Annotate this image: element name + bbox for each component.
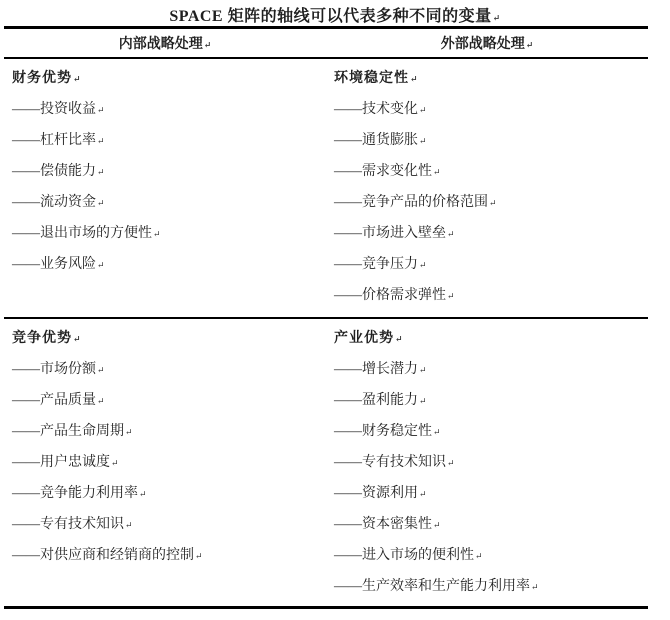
paragraph-return-icon: ↵	[433, 167, 441, 177]
list-item: ——竞争能力利用率↵	[12, 478, 326, 509]
list-item-text: ——增长潜力	[334, 362, 418, 377]
paragraph-return-icon: ↵	[419, 260, 427, 270]
paragraph-return-icon: ↵	[97, 167, 105, 177]
list-item: ——需求变化性↵	[334, 156, 648, 187]
paragraph-return-icon: ↵	[73, 334, 82, 344]
space-matrix-table: 内部战略处理↵ 外部战略处理↵ 财务优势↵ ——投资收益↵ ——杠杆比率↵ ——…	[4, 26, 648, 609]
list-item: ——专有技术知识↵	[334, 447, 648, 478]
paragraph-return-icon: ↵	[526, 40, 534, 50]
paragraph-return-icon: ↵	[489, 198, 497, 208]
section-heading-text: 财务优势	[12, 71, 72, 86]
list-item-text: ——资源利用	[334, 486, 418, 501]
paragraph-return-icon: ↵	[97, 260, 105, 270]
list-item: ——竞争产品的价格范围↵	[334, 187, 648, 218]
list-item: ——业务风险↵	[12, 249, 326, 280]
list-item: ——价格需求弹性↵	[334, 280, 648, 311]
list-item-text: ——通货膨胀	[334, 133, 418, 148]
paragraph-return-icon: ↵	[410, 74, 419, 84]
cell-environmental-stability: 环境稳定性↵ ——技术变化↵ ——通货膨胀↵ ——需求变化性↵ ——竞争产品的价…	[326, 59, 648, 317]
section-heading: 竞争优势↵	[12, 323, 326, 354]
list-item-text: ——市场份额	[12, 362, 96, 377]
list-item: ——财务稳定性↵	[334, 416, 648, 447]
list-item-text: ——盈利能力	[334, 393, 418, 408]
page-title-text: SPACE 矩阵的轴线可以代表多种不同的变量	[169, 8, 491, 25]
section-heading: 环境稳定性↵	[334, 63, 648, 94]
list-item: ——市场进入壁垒↵	[334, 218, 648, 249]
list-item-text: ——需求变化性	[334, 164, 432, 179]
table-row-bottom: 竞争优势↵ ——市场份额↵ ——产品质量↵ ——产品生命周期↵ ——用户忠诚度↵…	[4, 319, 648, 606]
list-item: ——资本密集性↵	[334, 509, 648, 540]
list-item: ——通货膨胀↵	[334, 125, 648, 156]
list-item: ——用户忠诚度↵	[12, 447, 326, 478]
section-heading-text: 竞争优势	[12, 331, 72, 346]
paragraph-return-icon: ↵	[447, 458, 455, 468]
list-item-text: ——偿债能力	[12, 164, 96, 179]
list-item: ——流动资金↵	[12, 187, 326, 218]
paragraph-return-icon: ↵	[419, 105, 427, 115]
list-item-text: ——生产效率和生产能力利用率	[334, 579, 530, 594]
list-item-text: ——对供应商和经销商的控制	[12, 548, 194, 563]
paragraph-return-icon: ↵	[395, 334, 404, 344]
list-item-text: ——技术变化	[334, 102, 418, 117]
paragraph-return-icon: ↵	[433, 427, 441, 437]
paragraph-return-icon: ↵	[97, 365, 105, 375]
list-item: ——专有技术知识↵	[12, 509, 326, 540]
paragraph-return-icon: ↵	[447, 229, 455, 239]
list-item-text: ——产品生命周期	[12, 424, 124, 439]
paragraph-return-icon: ↵	[97, 136, 105, 146]
column-header-text: 内部战略处理	[119, 37, 203, 52]
paragraph-return-icon: ↵	[419, 396, 427, 406]
table-row-top: 财务优势↵ ——投资收益↵ ——杠杆比率↵ ——偿债能力↵ ——流动资金↵ ——…	[4, 59, 648, 319]
list-item-text: ——财务稳定性	[334, 424, 432, 439]
page-title: SPACE 矩阵的轴线可以代表多种不同的变量↵	[0, 3, 670, 26]
list-item-text: ——竞争产品的价格范围	[334, 195, 488, 210]
list-item-text: ——价格需求弹性	[334, 288, 446, 303]
paragraph-return-icon: ↵	[419, 365, 427, 375]
list-item: ——进入市场的便利性↵	[334, 540, 648, 571]
paragraph-return-icon: ↵	[97, 198, 105, 208]
paragraph-return-icon: ↵	[475, 551, 483, 561]
list-item-text: ——进入市场的便利性	[334, 548, 474, 563]
document-page: SPACE 矩阵的轴线可以代表多种不同的变量↵ 内部战略处理↵ 外部战略处理↵ …	[0, 0, 670, 620]
paragraph-return-icon: ↵	[204, 40, 212, 50]
list-item: ——杠杆比率↵	[12, 125, 326, 156]
list-item-text: ——流动资金	[12, 195, 96, 210]
cell-industry-strength: 产业优势↵ ——增长潜力↵ ——盈利能力↵ ——财务稳定性↵ ——专有技术知识↵…	[326, 319, 648, 606]
list-item: ——生产效率和生产能力利用率↵	[334, 571, 648, 602]
list-item: ——投资收益↵	[12, 94, 326, 125]
list-item-text: ——竞争压力	[334, 257, 418, 272]
paragraph-return-icon: ↵	[97, 105, 105, 115]
list-item: ——市场份额↵	[12, 354, 326, 385]
list-item-text: ——市场进入壁垒	[334, 226, 446, 241]
list-item-text: ——专有技术知识	[12, 517, 124, 532]
paragraph-return-icon: ↵	[111, 458, 119, 468]
list-item-text: ——资本密集性	[334, 517, 432, 532]
column-header-external: 外部战略处理↵	[326, 33, 648, 53]
table-header-row: 内部战略处理↵ 外部战略处理↵	[4, 29, 648, 59]
paragraph-return-icon: ↵	[125, 427, 133, 437]
paragraph-return-icon: ↵	[433, 520, 441, 530]
list-item-text: ——业务风险	[12, 257, 96, 272]
list-item: ——产品质量↵	[12, 385, 326, 416]
cell-financial-strength: 财务优势↵ ——投资收益↵ ——杠杆比率↵ ——偿债能力↵ ——流动资金↵ ——…	[4, 59, 326, 317]
list-item: ——增长潜力↵	[334, 354, 648, 385]
section-heading-text: 环境稳定性	[334, 71, 409, 86]
paragraph-return-icon: ↵	[419, 136, 427, 146]
list-item-text: ——竞争能力利用率	[12, 486, 138, 501]
list-item: ——资源利用↵	[334, 478, 648, 509]
list-item: ——对供应商和经销商的控制↵	[12, 540, 326, 571]
list-item-text: ——产品质量	[12, 393, 96, 408]
paragraph-return-icon: ↵	[493, 13, 501, 23]
list-item-text: ——杠杆比率	[12, 133, 96, 148]
paragraph-return-icon: ↵	[447, 291, 455, 301]
paragraph-return-icon: ↵	[153, 229, 161, 239]
list-item: ——竞争压力↵	[334, 249, 648, 280]
list-item: ——产品生命周期↵	[12, 416, 326, 447]
list-item: ——技术变化↵	[334, 94, 648, 125]
paragraph-return-icon: ↵	[73, 74, 82, 84]
paragraph-return-icon: ↵	[531, 582, 539, 592]
list-item-text: ——专有技术知识	[334, 455, 446, 470]
list-item: ——退出市场的方便性↵	[12, 218, 326, 249]
section-heading-text: 产业优势	[334, 331, 394, 346]
paragraph-return-icon: ↵	[419, 489, 427, 499]
list-item-text: ——投资收益	[12, 102, 96, 117]
column-header-internal: 内部战略处理↵	[4, 33, 326, 53]
paragraph-return-icon: ↵	[139, 489, 147, 499]
list-item: ——盈利能力↵	[334, 385, 648, 416]
paragraph-return-icon: ↵	[195, 551, 203, 561]
section-heading: 财务优势↵	[12, 63, 326, 94]
list-item-text: ——退出市场的方便性	[12, 226, 152, 241]
paragraph-return-icon: ↵	[97, 396, 105, 406]
cell-competitive-advantage: 竞争优势↵ ——市场份额↵ ——产品质量↵ ——产品生命周期↵ ——用户忠诚度↵…	[4, 319, 326, 606]
paragraph-return-icon: ↵	[125, 520, 133, 530]
column-header-text: 外部战略处理	[441, 37, 525, 52]
list-item-text: ——用户忠诚度	[12, 455, 110, 470]
section-heading: 产业优势↵	[334, 323, 648, 354]
list-item: ——偿债能力↵	[12, 156, 326, 187]
